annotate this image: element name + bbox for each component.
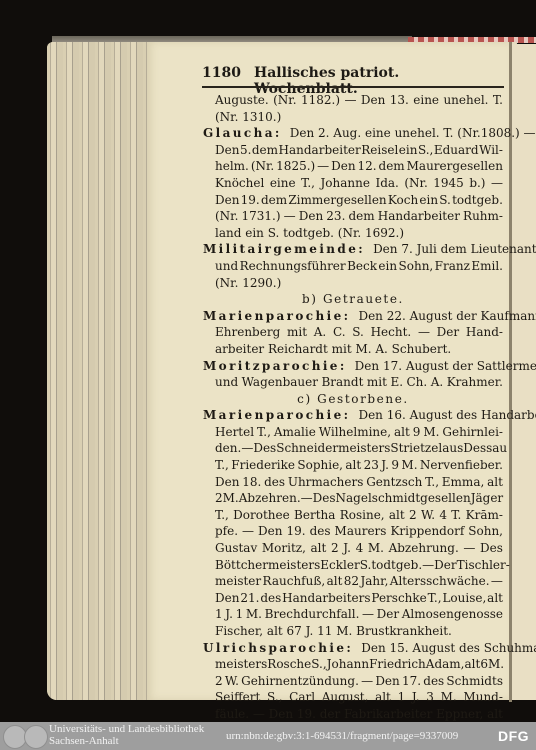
word: aus (442, 440, 463, 457)
text-line: Den18.desUhrmachersGentzschT.,Emma,alt (203, 474, 503, 491)
word: meister (215, 573, 261, 590)
word: W. (225, 673, 239, 690)
word: Ch. (407, 374, 428, 391)
parish-heading: Ulrichsparochie: (203, 640, 353, 657)
line-text: Den 7. Juli dem Lieutenant (373, 241, 536, 258)
word: Carl (289, 689, 315, 706)
word: (Nr. (251, 158, 274, 175)
word: dem (379, 158, 405, 175)
word: Jäger (471, 490, 503, 507)
text-line: Den19.demZimmergesellenKocheinS.todtgeb. (203, 192, 503, 209)
word: Wil- (479, 142, 503, 159)
word: Abzehren. (239, 490, 301, 507)
word: Gentzsch (366, 474, 422, 491)
word: Rechnungsführer (240, 258, 346, 275)
word: C. (333, 324, 346, 341)
word: 19. (241, 192, 260, 209)
word: 23 (364, 457, 379, 474)
text-line: EhrenbergmitA.C.S.Hecht.—DerHand- (203, 324, 503, 341)
text-line: Moritzparochie:Den 17. August der Sattle… (203, 358, 503, 375)
word: Moritz, (262, 540, 306, 557)
word: 2 (215, 673, 223, 690)
word: — (241, 440, 253, 457)
word: todtgeb. (371, 557, 422, 574)
word: Handarbeiter (279, 142, 361, 159)
word: T., (215, 457, 229, 474)
word: Hand- (466, 324, 503, 341)
word: Emil. (471, 258, 503, 275)
line-text: Fischer, alt 67 J. 11 M. Brustkrankheit. (215, 623, 452, 640)
text-line: (Nr. 1310.) (203, 109, 503, 126)
word: (Nr. (404, 175, 427, 192)
word: Seiffert (215, 689, 260, 706)
word: dem (252, 142, 278, 159)
text-line: Militairgemeinde:Den 7. Juli dem Lieuten… (203, 241, 503, 258)
word: 1825.) (276, 158, 315, 175)
word: M. (401, 457, 417, 474)
word: Rauchfuß, (263, 573, 326, 590)
word: 9 (413, 424, 421, 441)
line-text: (Nr. 1290.) (215, 275, 281, 292)
word: 19. (297, 706, 316, 723)
word: Handarbeiter (378, 208, 460, 225)
word: Hecht. (371, 324, 412, 341)
word: mit (287, 324, 307, 341)
word: 2 (215, 490, 223, 507)
word: des (264, 474, 285, 491)
word: Johann (327, 656, 369, 673)
word: Den (258, 523, 282, 540)
word: Sohn, (399, 258, 434, 275)
word: Nagelschmidtgesellen (336, 490, 471, 507)
word: eine (270, 175, 296, 192)
word: Koch (388, 192, 418, 209)
text-line: Fischer, alt 67 J. 11 M. Brustkrankheit. (203, 623, 503, 640)
word: S., (267, 689, 282, 706)
word: Böttchermeisters (215, 557, 320, 574)
word: den. (215, 440, 241, 457)
word: 19. (287, 523, 306, 540)
line-text: Den 15. August des Schuhmacher- (361, 640, 536, 657)
urn-identifier: urn:nbn:de:gbv:3:1-694531/fragment/page=… (226, 730, 458, 742)
word: 2 (331, 540, 339, 557)
text-line: helm.(Nr.1825.)—Den12.demMaurergesellen (203, 158, 503, 175)
text-line: fäule.—Den19.derFabrikarbeiterEppner,alt (203, 706, 503, 723)
word: dem (348, 208, 374, 225)
word: Wagenbauer (242, 374, 318, 391)
word: Franz (435, 258, 470, 275)
word: mit (367, 374, 387, 391)
line-text: Den 22. August der Kaufmann (358, 308, 536, 325)
word: T., (425, 474, 439, 491)
word: Des (253, 440, 276, 457)
parish-heading: Glaucha: (203, 125, 282, 142)
word: der (320, 706, 341, 723)
word: J. (381, 457, 389, 474)
word: — (463, 540, 475, 557)
word: Eckler (320, 557, 359, 574)
word: meisters (215, 656, 267, 673)
page-text-body: Auguste.(Nr.1182.)—Den13.eineunehel.T.(N… (203, 92, 503, 739)
word: Knöchel (215, 175, 264, 192)
word: Dessau (463, 440, 507, 457)
word: J. (412, 689, 420, 706)
word: 1945 (433, 175, 464, 192)
word: 1 (215, 606, 223, 623)
word: W. (421, 507, 435, 524)
word: 18. (242, 474, 261, 491)
word: 1 (236, 606, 244, 623)
word: 6 (480, 656, 488, 673)
word: 23. (326, 208, 345, 225)
word: Eppner, (436, 706, 483, 723)
word: ein (419, 192, 438, 209)
section-heading: b) Getrauete. (203, 291, 503, 308)
word: fäule. (215, 706, 249, 723)
library-footer-bar: Universitäts- und Landesbibliothek Sachs… (0, 722, 536, 750)
word: M. (368, 540, 384, 557)
word: dem (261, 192, 287, 209)
word: Des (480, 540, 503, 557)
word: Der (437, 324, 459, 341)
word: alt (487, 706, 503, 723)
word: Den (215, 474, 239, 491)
word: — (362, 606, 374, 623)
page-edges (47, 42, 147, 700)
word: 4 (439, 507, 447, 524)
word: helm. (215, 158, 249, 175)
word: Handarbeiters (282, 590, 370, 607)
text-line: Auguste.(Nr.1182.)—Den13.eineunehel.T. (203, 92, 503, 109)
word: Hertel (215, 424, 254, 441)
text-line: Marienparochie:Den 22. August der Kaufma… (203, 308, 503, 325)
word: 4 (356, 540, 364, 557)
text-line: KnöcheleineT.,JohanneIda.(Nr.1945b.)— (203, 175, 503, 192)
word: 5. (240, 142, 251, 159)
word: Bertha (294, 507, 335, 524)
word: Brandt (321, 374, 363, 391)
line-text: Den 16. August des Handarbeiters (358, 407, 536, 424)
text-line: (Nr. 1290.) (203, 275, 503, 292)
word: und (215, 258, 238, 275)
library-name-line2: Sachsen-Anhalt (49, 736, 204, 748)
word: 82 (344, 573, 359, 590)
word: ein (399, 142, 418, 159)
word: (Nr. (273, 92, 296, 109)
word: A. (431, 374, 443, 391)
word: ein (378, 258, 397, 275)
word: Den (361, 92, 385, 109)
word: Brechdurchfall. (265, 606, 360, 623)
library-name-line1: Universitäts- und Landesbibliothek (49, 724, 204, 736)
word: Friederike (231, 457, 295, 474)
word: alt (487, 474, 503, 491)
word: Friedrich (369, 656, 426, 673)
word: Fabrikarbeiter (344, 706, 432, 723)
word: M. (223, 490, 239, 507)
word: Tischler- (457, 557, 510, 574)
text-line: pfe.—Den19.desMaurersKrippendorfSohn, (203, 523, 503, 540)
text-line: meisterRauchfuß,alt82Jahr,Altersschwäche… (203, 573, 503, 590)
parish-heading: Militairgemeinde: (203, 241, 365, 258)
word: alt (311, 540, 327, 557)
word: 2 (409, 507, 417, 524)
word: — (284, 208, 296, 225)
word: Altersschwäche. (390, 573, 490, 590)
word: S., (311, 656, 326, 673)
text-line: SeiffertS.,CarlAugust,alt1J.3M.Mund- (203, 689, 503, 706)
text-line: meistersRoscheS.,JohannFriedrichAdam,alt… (203, 656, 503, 673)
word: Ehrenberg (215, 324, 280, 341)
word: M. (423, 424, 439, 441)
word: Krām- (466, 507, 503, 524)
word: Emma, (442, 474, 485, 491)
word: Krahmer. (447, 374, 503, 391)
word: Ruhm- (463, 208, 503, 225)
text-line: undRechnungsführerBeckeinSohn,FranzEmil. (203, 258, 503, 275)
text-line: GustavMoritz,alt2J.4M.Abzehrung.—Des (203, 540, 503, 557)
word: S. (439, 192, 451, 209)
word: — (491, 175, 503, 192)
text-line: Marienparochie:Den 16. August des Handar… (203, 407, 503, 424)
word: Schneidermeisters (276, 440, 390, 457)
word: Der (434, 557, 456, 574)
word: Maurers (335, 523, 387, 540)
header-rule (202, 86, 504, 88)
word: — (317, 158, 329, 175)
word: — (253, 706, 265, 723)
word: S., (418, 142, 433, 159)
word: 3 (426, 689, 434, 706)
word: alt (375, 689, 391, 706)
text-line: BöttchermeistersEcklerS.todtgeb.—DerTisc… (203, 557, 503, 574)
word: Den (215, 590, 239, 607)
text-line: 2M.Abzehren.—DesNagelschmidtgesellenJäge… (203, 490, 503, 507)
word: T., (215, 507, 229, 524)
text-line: den.—DesSchneidermeistersStrietzelausDes… (203, 440, 503, 457)
word: Den (269, 706, 293, 723)
line-text: Den 17. August der Sattlermeister (355, 358, 536, 375)
word: alt (327, 573, 343, 590)
word: Amalie (274, 424, 316, 441)
word: — (491, 573, 503, 590)
word: todtgeb. (452, 192, 503, 209)
word: 21. (240, 590, 259, 607)
word: Rosine, (340, 507, 385, 524)
word: J. (343, 540, 351, 557)
word: Den (375, 673, 399, 690)
line-text: Den 2. Aug. eine unehel. T. (Nr.1808.) — (290, 125, 536, 142)
text-line: 2W.Gehirnentzündung.—Den17.desSchmidts (203, 673, 503, 690)
word: M. (246, 606, 262, 623)
word: Wilhelmine, (319, 424, 391, 441)
text-line: land ein S. todtgeb. (Nr. 1692.) (203, 225, 503, 242)
word: August, (322, 689, 369, 706)
line-text: arbeiter Reichardt mit M. A. Schubert. (215, 341, 451, 358)
word: Des (313, 490, 336, 507)
word: Den (215, 142, 239, 159)
section-heading: c) Gestorbene. (203, 391, 503, 408)
word: Den (331, 158, 355, 175)
word: des (260, 590, 281, 607)
word: unehel. (443, 92, 488, 109)
word: Sophie, (297, 457, 343, 474)
word: Den (299, 208, 323, 225)
word: Gustav (215, 540, 257, 557)
word: M. (441, 689, 457, 706)
word: T., (428, 590, 442, 607)
word: Mund- (463, 689, 502, 706)
word: E. (390, 374, 403, 391)
word: 1 (398, 689, 406, 706)
word: (Nr. (215, 208, 238, 225)
word: alt (345, 457, 361, 474)
library-name: Universitäts- und Landesbibliothek Sachs… (49, 724, 204, 747)
word: 1182.) (301, 92, 340, 109)
text-line: Ulrichsparochie:Den 15. August des Schuh… (203, 640, 503, 657)
word: Uhrmachers (288, 474, 364, 491)
word: alt (464, 656, 480, 673)
word: A. (314, 324, 326, 341)
word: Rosche (267, 656, 311, 673)
word: Dorothee (233, 507, 290, 524)
word: des (423, 673, 444, 690)
word: Adam, (426, 656, 465, 673)
text-line: undWagenbauerBrandtmitE.Ch.A.Krahmer. (203, 374, 503, 391)
word: — (418, 324, 430, 341)
word: Maurergesellen (407, 158, 503, 175)
word: 12. (357, 158, 376, 175)
library-seal-icon (24, 725, 48, 749)
word: 9 (391, 457, 399, 474)
text-line: (Nr.1731.)—Den23.demHandarbeiterRuhm- (203, 208, 503, 225)
word: 17. (402, 673, 421, 690)
text-line: Glaucha:Den 2. Aug. eine unehel. T. (Nr.… (203, 125, 503, 142)
word: Schmidts (446, 673, 503, 690)
word: und (215, 374, 238, 391)
word: Reisel (361, 142, 398, 159)
text-line: T.,DorotheeBerthaRosine,alt2W.4T.Krām- (203, 507, 503, 524)
word: Nervenfieber. (420, 457, 503, 474)
word: des (310, 523, 331, 540)
word: Louise, (442, 590, 486, 607)
word: T. (493, 92, 503, 109)
word: Auguste. (215, 92, 269, 109)
word: T., (301, 175, 315, 192)
word: — (242, 523, 254, 540)
word: — (361, 673, 373, 690)
dfg-logo: DFG (498, 728, 529, 744)
text-line: Den21.desHandarbeitersPerschkeT.,Louise,… (203, 590, 503, 607)
word: Beck (347, 258, 377, 275)
word: Ida. (375, 175, 398, 192)
word: Eduard (434, 142, 479, 159)
word: Zimmergesellen (288, 192, 386, 209)
text-line: arbeiter Reichardt mit M. A. Schubert. (203, 341, 503, 358)
word: Krippendorf (390, 523, 464, 540)
text-line: HertelT.,AmalieWilhelmine,alt9M.Gehirnle… (203, 424, 503, 441)
word: Gehirnlei- (442, 424, 503, 441)
word: b.) (469, 175, 485, 192)
line-text: land ein S. todtgeb. (Nr. 1692.) (215, 225, 404, 242)
word: S. (360, 557, 372, 574)
word: — (301, 490, 313, 507)
line-text: (Nr. 1310.) (215, 109, 281, 126)
text-line: 1J.1M.Brechdurchfall.—DerAlmosengenosse (203, 606, 503, 623)
parish-heading: Moritzparochie: (203, 358, 347, 375)
word: T. (451, 507, 461, 524)
word: Den (215, 192, 239, 209)
word: M. (488, 656, 504, 673)
text-line: T.,FriederikeSophie,alt23J.9M.Nervenfieb… (203, 457, 503, 474)
word: Abzehrung. (389, 540, 459, 557)
word: Perschke (371, 590, 426, 607)
word: Strietzel (390, 440, 442, 457)
word: S. (352, 324, 364, 341)
word: eine (413, 92, 439, 109)
word: T., (257, 424, 271, 441)
word: — (422, 557, 434, 574)
word: Johanne (320, 175, 369, 192)
word: pfe. (215, 523, 238, 540)
word: alt (487, 590, 503, 607)
word: 13. (390, 92, 409, 109)
text-line: Den5.demHandarbeiterReiseleinS.,EduardWi… (203, 142, 503, 159)
word: J. (225, 606, 233, 623)
word: Almosengenosse (402, 606, 503, 623)
word: alt (394, 424, 410, 441)
word: Gehirnentzündung. (241, 673, 359, 690)
word: Sohn, (468, 523, 503, 540)
parish-heading: Marienparochie: (203, 308, 350, 325)
word: Jahr, (360, 573, 388, 590)
word: — (344, 92, 356, 109)
word: alt (389, 507, 405, 524)
parish-heading: Marienparochie: (203, 407, 350, 424)
word: Der (377, 606, 399, 623)
word: 1731.) (242, 208, 281, 225)
